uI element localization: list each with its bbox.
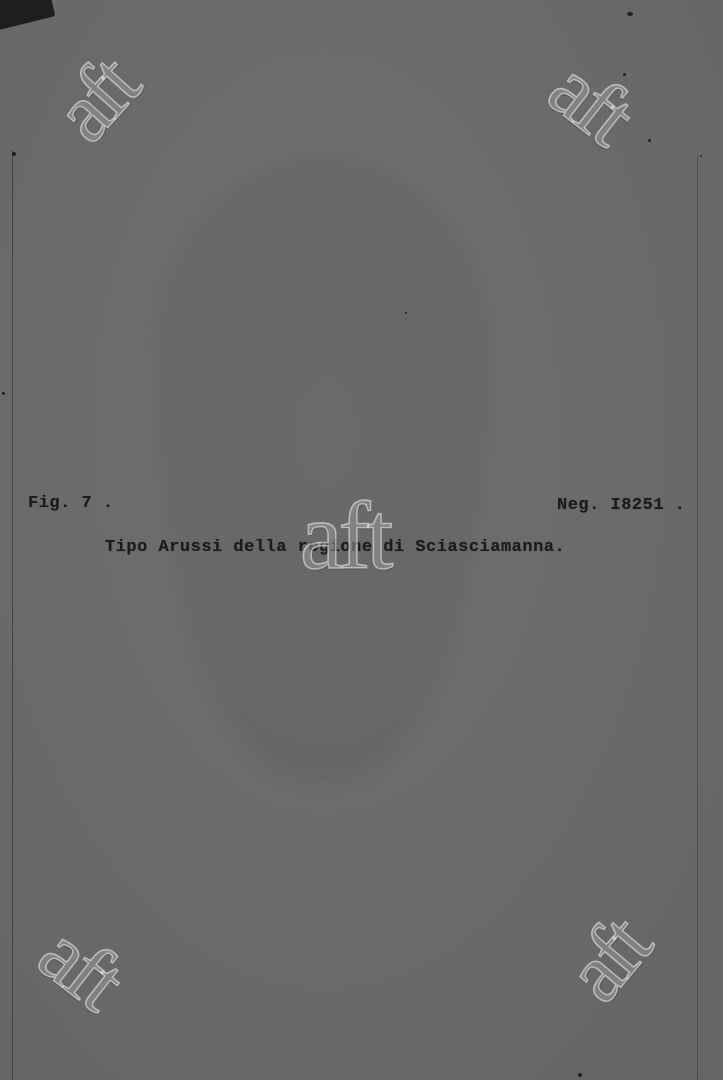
scanned-document-page: Fig. 7 . Neg. I8251 . Tipo Arussi della … bbox=[0, 0, 723, 1080]
watermark-center: aft bbox=[300, 488, 389, 584]
figure-label: Fig. 7 . bbox=[28, 494, 114, 513]
watermark-top-right: aft bbox=[534, 45, 646, 158]
corner-shadow bbox=[0, 0, 55, 31]
right-margin-line bbox=[697, 155, 698, 1080]
watermark-bottom-right: aft bbox=[552, 904, 666, 1017]
negative-number: Neg. I8251 . bbox=[557, 496, 685, 515]
reverse-photo-ghost bbox=[158, 160, 488, 780]
left-margin-line bbox=[12, 150, 13, 1080]
watermark-bottom-left: aft bbox=[24, 910, 136, 1023]
watermark-top-left: aft bbox=[39, 43, 153, 156]
